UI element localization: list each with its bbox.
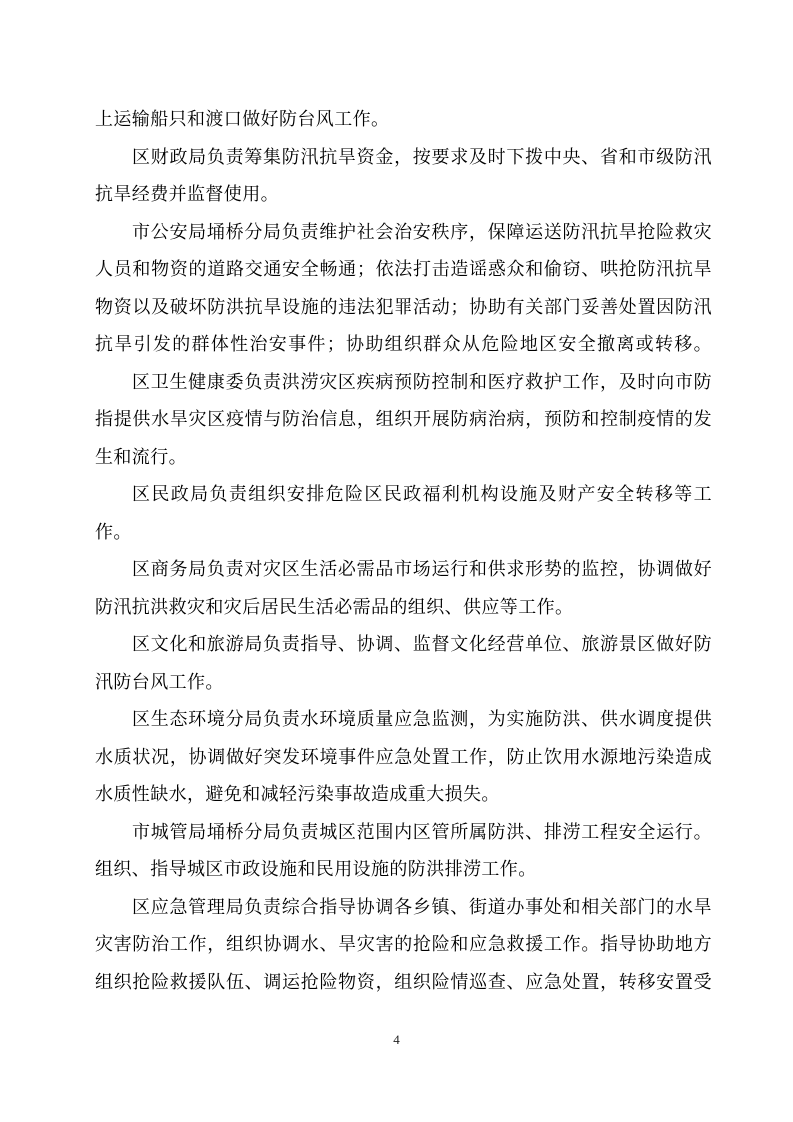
text-line: 区文化和旅游局负责指导、协调、监督文化经营单位、旅游景区做好防 bbox=[95, 626, 712, 664]
text-line: 区生态环境分局负责水环境质量应急监测，为实施防洪、供水调度提供 bbox=[95, 701, 712, 739]
text-line: 区财政局负责筹集防汛抗旱资金，按要求及时下拨中央、省和市级防汛 bbox=[95, 139, 712, 177]
text-line: 汛防台风工作。 bbox=[95, 664, 712, 702]
text-line: 指提供水旱灾区疫情与防治信息，组织开展防病治病，预防和控制疫情的发 bbox=[95, 401, 712, 439]
page-number: 4 bbox=[393, 1032, 400, 1047]
text-line: 市城管局埇桥分局负责城区范围内区管所属防洪、排涝工程安全运行。 bbox=[95, 814, 712, 852]
text-line: 上运输船只和渡口做好防台风工作。 bbox=[95, 101, 712, 139]
text-line: 区卫生健康委负责洪涝灾区疾病预防控制和医疗救护工作，及时向市防 bbox=[95, 364, 712, 402]
text-line: 区应急管理局负责综合指导协调各乡镇、街道办事处和相关部门的水旱 bbox=[95, 889, 712, 927]
paragraph: 上运输船只和渡口做好防台风工作。 bbox=[95, 101, 712, 139]
paragraph: 区财政局负责筹集防汛抗旱资金，按要求及时下拨中央、省和市级防汛抗旱经费并监督使用… bbox=[95, 139, 712, 214]
paragraph: 区文化和旅游局负责指导、协调、监督文化经营单位、旅游景区做好防汛防台风工作。 bbox=[95, 626, 712, 701]
text-line: 灾害防治工作，组织协调水、旱灾害的抢险和应急救援工作。指导协助地方 bbox=[95, 926, 712, 964]
text-line: 防汛抗洪救灾和灾后居民生活必需品的组织、供应等工作。 bbox=[95, 589, 712, 627]
text-line: 水质状况，协调做好突发环境事件应急处置工作，防止饮用水源地污染造成 bbox=[95, 739, 712, 777]
text-line: 作。 bbox=[95, 514, 712, 552]
paragraph: 区民政局负责组织安排危险区民政福利机构设施及财产安全转移等工作。 bbox=[95, 476, 712, 551]
text-line: 市公安局埇桥分局负责维护社会治安秩序，保障运送防汛抗旱抢险救灾 bbox=[95, 214, 712, 252]
text-line: 组织、指导城区市政设施和民用设施的防洪排涝工作。 bbox=[95, 851, 712, 889]
page-footer: 4 bbox=[0, 1031, 793, 1049]
paragraph: 区应急管理局负责综合指导协调各乡镇、街道办事处和相关部门的水旱灾害防治工作，组织… bbox=[95, 889, 712, 1002]
paragraph: 市城管局埇桥分局负责城区范围内区管所属防洪、排涝工程安全运行。组织、指导城区市政… bbox=[95, 814, 712, 889]
text-line: 人员和物资的道路交通安全畅通；依法打击造谣惑众和偷窃、哄抢防汛抗旱 bbox=[95, 251, 712, 289]
paragraph: 市公安局埇桥分局负责维护社会治安秩序，保障运送防汛抗旱抢险救灾人员和物资的道路交… bbox=[95, 214, 712, 364]
text-line: 组织抢险救援队伍、调运抢险物资，组织险情巡查、应急处置，转移安置受 bbox=[95, 964, 712, 1002]
paragraph: 区生态环境分局负责水环境质量应急监测，为实施防洪、供水调度提供水质状况，协调做好… bbox=[95, 701, 712, 814]
document-body: 上运输船只和渡口做好防台风工作。区财政局负责筹集防汛抗旱资金，按要求及时下拨中央… bbox=[95, 101, 712, 1001]
document-page: 上运输船只和渡口做好防台风工作。区财政局负责筹集防汛抗旱资金，按要求及时下拨中央… bbox=[0, 0, 793, 1122]
paragraph: 区商务局负责对灾区生活必需品市场运行和供求形势的监控，协调做好防汛抗洪救灾和灾后… bbox=[95, 551, 712, 626]
text-line: 区商务局负责对灾区生活必需品市场运行和供求形势的监控，协调做好 bbox=[95, 551, 712, 589]
text-line: 水质性缺水，避免和减轻污染事故造成重大损失。 bbox=[95, 776, 712, 814]
text-line: 物资以及破坏防洪抗旱设施的违法犯罪活动；协助有关部门妥善处置因防汛 bbox=[95, 289, 712, 327]
text-line: 抗旱经费并监督使用。 bbox=[95, 176, 712, 214]
text-line: 生和流行。 bbox=[95, 439, 712, 477]
text-line: 区民政局负责组织安排危险区民政福利机构设施及财产安全转移等工 bbox=[95, 476, 712, 514]
paragraph: 区卫生健康委负责洪涝灾区疾病预防控制和医疗救护工作，及时向市防指提供水旱灾区疫情… bbox=[95, 364, 712, 477]
text-line: 抗旱引发的群体性治安事件；协助组织群众从危险地区安全撤离或转移。 bbox=[95, 326, 712, 364]
